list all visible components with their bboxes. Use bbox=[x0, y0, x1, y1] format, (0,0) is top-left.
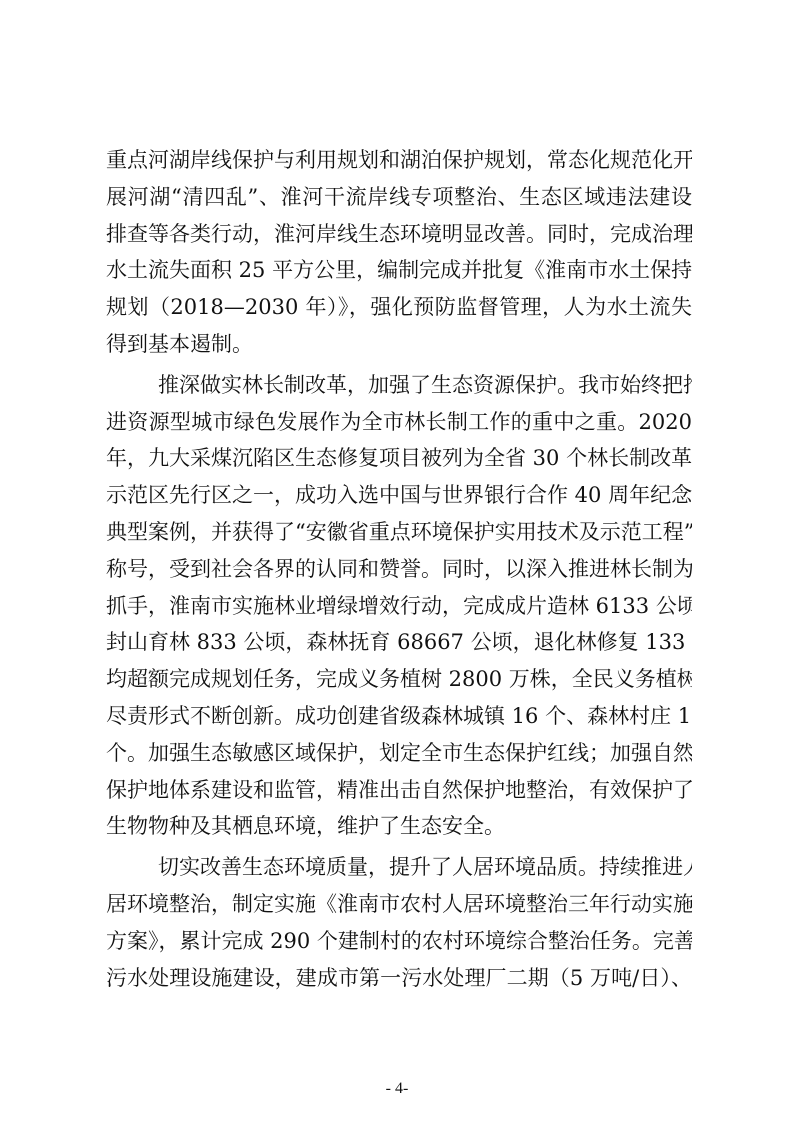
text-line: 水土流失面积 25 平方公里，编制完成并批复《淮南市水土保持 bbox=[106, 252, 692, 289]
text-line: 污水处理设施建设，建成市第一污水处理厂二期（5 万吨/日）、 bbox=[106, 960, 692, 997]
text-line: 规划（2018—2030 年）》，强化预防监督管理，人为水土流失 bbox=[106, 289, 692, 326]
paragraph-water-protection: 重点河湖岸线保护与利用规划和湖泊保护规划，常态化规范化开 展河湖“清四乱”、淮河… bbox=[106, 142, 692, 363]
text-line: 示范区先行区之一，成功入选中国与世界银行合作 40 周年纪念 bbox=[106, 477, 692, 514]
text-line: 抓手，淮南市实施林业增绿增效行动，完成成片造林 6133 公顷， bbox=[106, 588, 692, 625]
text-line: 排查等各类行动，淮河岸线生态环境明显改善。同时，完成治理 bbox=[106, 216, 692, 253]
text-line: 均超额完成规划任务，完成义务植树 2800 万株，全民义务植树 bbox=[106, 661, 692, 698]
page-number: - 4- bbox=[0, 1080, 794, 1098]
text-line: 典型案例，并获得了“安徽省重点环境保护实用技术及示范工程” bbox=[106, 514, 692, 551]
text-line: 方案》，累计完成 290 个建制村的农村环境综合整治任务。完善 bbox=[106, 923, 692, 960]
body-text: 重点河湖岸线保护与利用规划和湖泊保护规划，常态化规范化开 展河湖“清四乱”、淮河… bbox=[106, 142, 692, 1000]
text-line: 尽责形式不断创新。成功创建省级森林城镇 16 个、森林村庄 134 bbox=[106, 698, 692, 735]
text-line: 进资源型城市绿色发展作为全市林长制工作的重中之重。2020 bbox=[106, 404, 692, 441]
text-line: 推深做实林长制改革，加强了生态资源保护。我市始终把推 bbox=[106, 367, 692, 404]
text-line: 年，九大采煤沉陷区生态修复项目被列为全省 30 个林长制改革 bbox=[106, 440, 692, 477]
text-line: 得到基本遏制。 bbox=[106, 326, 692, 363]
text-line: 生物物种及其栖息环境，维护了生态安全。 bbox=[106, 808, 692, 845]
text-line: 称号，受到社会各界的认同和赞誉。同时，以深入推进林长制为 bbox=[106, 551, 692, 588]
text-line: 居环境整治，制定实施《淮南市农村人居环境整治三年行动实施 bbox=[106, 886, 692, 923]
text-line: 个。加强生态敏感区域保护，划定全市生态保护红线；加强自然 bbox=[106, 735, 692, 772]
paragraph-forest-chief-reform: 推深做实林长制改革，加强了生态资源保护。我市始终把推 进资源型城市绿色发展作为全… bbox=[106, 367, 692, 845]
text-line: 保护地体系建设和监管，精准出击自然保护地整治，有效保护了 bbox=[106, 772, 692, 809]
text-line: 切实改善生态环境质量，提升了人居环境品质。持续推进人 bbox=[106, 849, 692, 886]
text-line: 重点河湖岸线保护与利用规划和湖泊保护规划，常态化规范化开 bbox=[106, 142, 692, 179]
document-page: 重点河湖岸线保护与利用规划和湖泊保护规划，常态化规范化开 展河湖“清四乱”、淮河… bbox=[0, 0, 794, 1123]
text-line: 展河湖“清四乱”、淮河干流岸线专项整治、生态区域违法建设 bbox=[106, 179, 692, 216]
paragraph-living-environment: 切实改善生态环境质量，提升了人居环境品质。持续推进人 居环境整治，制定实施《淮南… bbox=[106, 849, 692, 996]
text-line: 封山育林 833 公顷，森林抚育 68667 公顷，退化林修复 133 公顷， bbox=[106, 624, 692, 661]
